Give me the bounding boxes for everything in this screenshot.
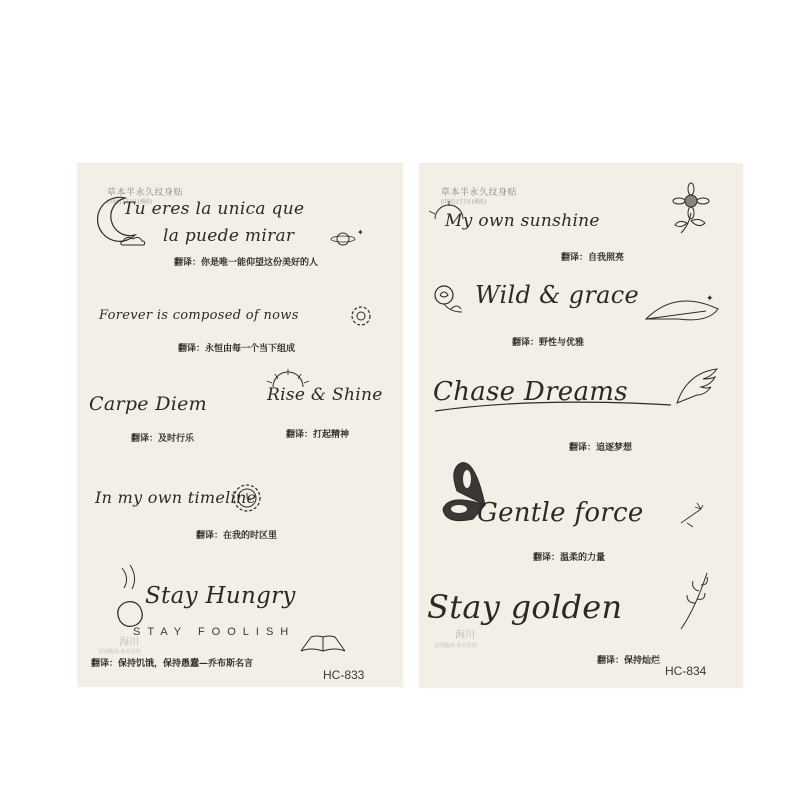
translation-text: 翻译：保持饥饿，保持愚蠢—乔布斯名言 xyxy=(91,656,253,669)
feather-icon: ✦ xyxy=(644,293,724,325)
translation-text: 翻译：追逐梦想 xyxy=(569,440,632,453)
design-text: Rise & Shine xyxy=(267,385,383,405)
translation-text: 翻译：温柔的力量 xyxy=(533,550,605,563)
translation-text: 翻译：你是唯一能仰望这份美好的人 xyxy=(174,255,318,268)
design-text: Stay golden xyxy=(427,588,622,626)
sunflower-icon xyxy=(669,183,714,238)
design-text: Tu eres la unica que xyxy=(123,199,304,219)
design-text: Forever is composed of nows xyxy=(99,308,299,323)
clock-gear-icon xyxy=(232,483,262,513)
translation-text: 翻译：保持灿烂 xyxy=(597,653,660,666)
svg-text:✦: ✦ xyxy=(706,294,714,304)
translation-text: 翻译：自我照亮 xyxy=(561,250,624,263)
wing-icon xyxy=(675,367,719,407)
rose-icon xyxy=(431,281,467,317)
translation-text: 翻译：及时行乐 xyxy=(131,431,194,444)
design-text: Wild & grace xyxy=(475,281,639,309)
design-subtext: STAY FOOLISH xyxy=(133,626,295,638)
translation-text: 翻译：永恒由每一个当下组成 xyxy=(178,341,295,354)
product-code: HC-834 xyxy=(665,664,706,678)
gear-icon xyxy=(345,303,377,329)
translation-text: 翻译：野性与优雅 xyxy=(512,335,584,348)
design-text: la puede mirar xyxy=(163,226,294,246)
watermark-sub: 原创版权 盗者必究 xyxy=(435,642,477,649)
dandelion-icon xyxy=(677,501,707,531)
book-icon xyxy=(299,633,347,655)
design-text: Carpe Diem xyxy=(89,393,207,415)
underline-swash xyxy=(433,399,673,413)
svg-text:✦: ✦ xyxy=(357,228,364,237)
planet-icon: ✦ xyxy=(329,229,369,251)
wheat-icon xyxy=(677,571,717,631)
translation-text: 翻译：打起精神 xyxy=(286,427,349,440)
translation-text: 翻译：在我的时区里 xyxy=(196,528,277,541)
watermark: 海川 xyxy=(119,633,139,648)
design-text: My own sunshine xyxy=(445,211,600,231)
brand-label: 草本半永久纹身贴 xyxy=(441,185,517,198)
watermark: 海川 xyxy=(455,626,475,641)
design-text: Gentle force xyxy=(477,498,644,528)
tattoo-sheet-hc-833: 草本半永久纹身贴 [田园] [寸日] [潮流] Tu eres la unica… xyxy=(77,163,403,687)
product-code: HC-833 xyxy=(323,668,364,682)
tattoo-sheet-hc-834: 草本半永久纹身贴 [田园] [寸日] [潮流] My own sunshine … xyxy=(419,163,743,688)
watermark-sub: 原创版权 盗者必究 xyxy=(99,648,141,655)
design-text: Stay Hungry xyxy=(145,583,296,609)
